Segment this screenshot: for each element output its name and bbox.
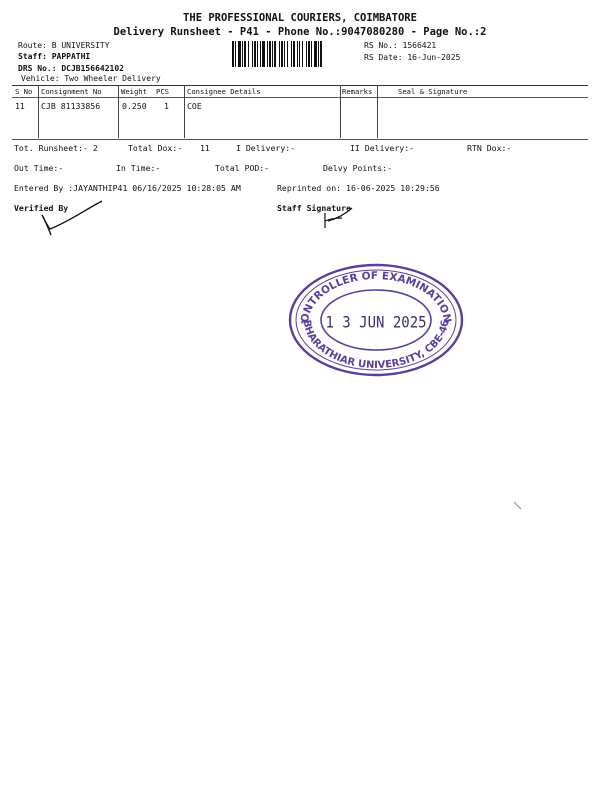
staff-label: Staff: PAPPATHI — [18, 52, 90, 61]
out-time: Out Time:- — [14, 163, 63, 173]
header-consignment-no: Consignment No — [41, 87, 102, 96]
in-time: In Time:- — [116, 163, 160, 173]
total-pod: Total POD:- — [215, 163, 269, 173]
second-delivery: II Delivery:- — [350, 143, 414, 153]
column-divider — [38, 85, 39, 138]
column-divider — [340, 85, 341, 138]
cell-sno: 11 — [15, 101, 25, 111]
company-title: THE PROFESSIONAL COURIERS, COIMBATORE — [0, 12, 600, 24]
cell-consignee: COE — [187, 101, 202, 111]
header-sno: S No — [15, 87, 32, 96]
column-divider — [118, 85, 119, 138]
star-icon: ★ — [445, 317, 450, 326]
scan-mark — [512, 500, 524, 512]
runsheet-subtitle: Delivery Runsheet - P41 - Phone No.:9047… — [0, 26, 600, 38]
route-label: Route: B UNIVERSITY — [18, 41, 110, 50]
header-consignee-details: Consignee Details — [187, 87, 261, 96]
table-top-border — [12, 85, 588, 86]
column-divider — [184, 85, 185, 138]
verified-by-signature — [40, 198, 110, 238]
cell-weight: 0.250 — [122, 101, 147, 111]
total-dox-label: Total Dox:- — [128, 143, 182, 153]
staff-signature — [318, 203, 368, 233]
header-remarks: Remarks — [342, 87, 372, 96]
table-header-border — [12, 97, 588, 98]
official-stamp: CONTROLLER OF EXAMINATIONS BHARATHIAR UN… — [286, 262, 466, 377]
table-bottom-border — [12, 139, 588, 140]
column-divider — [377, 85, 378, 138]
stamp-date: 1 3 JUN 2025 — [325, 313, 426, 332]
header-seal-signature: Seal & Signature — [398, 87, 467, 96]
total-runsheet: Tot. Runsheet:- 2 — [14, 143, 98, 153]
rs-number: RS No.: 1566421 — [364, 41, 436, 50]
first-delivery: I Delivery:- — [236, 143, 295, 153]
delivery-points: Delvy Points:- — [323, 163, 392, 173]
cell-consignment-no: CJB 81133856 — [41, 101, 100, 111]
return-dox: RTN Dox:- — [467, 143, 511, 153]
total-dox-value: 11 — [200, 143, 210, 153]
barcode-image — [232, 41, 348, 67]
cell-pcs: 1 — [164, 101, 169, 111]
entered-by: Entered By :JAYANTHIP41 06/16/2025 10:28… — [14, 183, 241, 193]
header-pcs: PCS — [156, 87, 169, 96]
header-weight: Weight — [121, 87, 147, 96]
rs-date: RS Date: 16-Jun-2025 — [364, 53, 460, 62]
star-icon: ★ — [300, 317, 305, 326]
vehicle-label: Vehicle: Two Wheeler Delivery — [21, 74, 161, 83]
reprinted-on: Reprinted on: 16-06-2025 10:29:56 — [277, 183, 440, 193]
drs-number: DRS No.: DCJB156642102 — [18, 64, 124, 73]
